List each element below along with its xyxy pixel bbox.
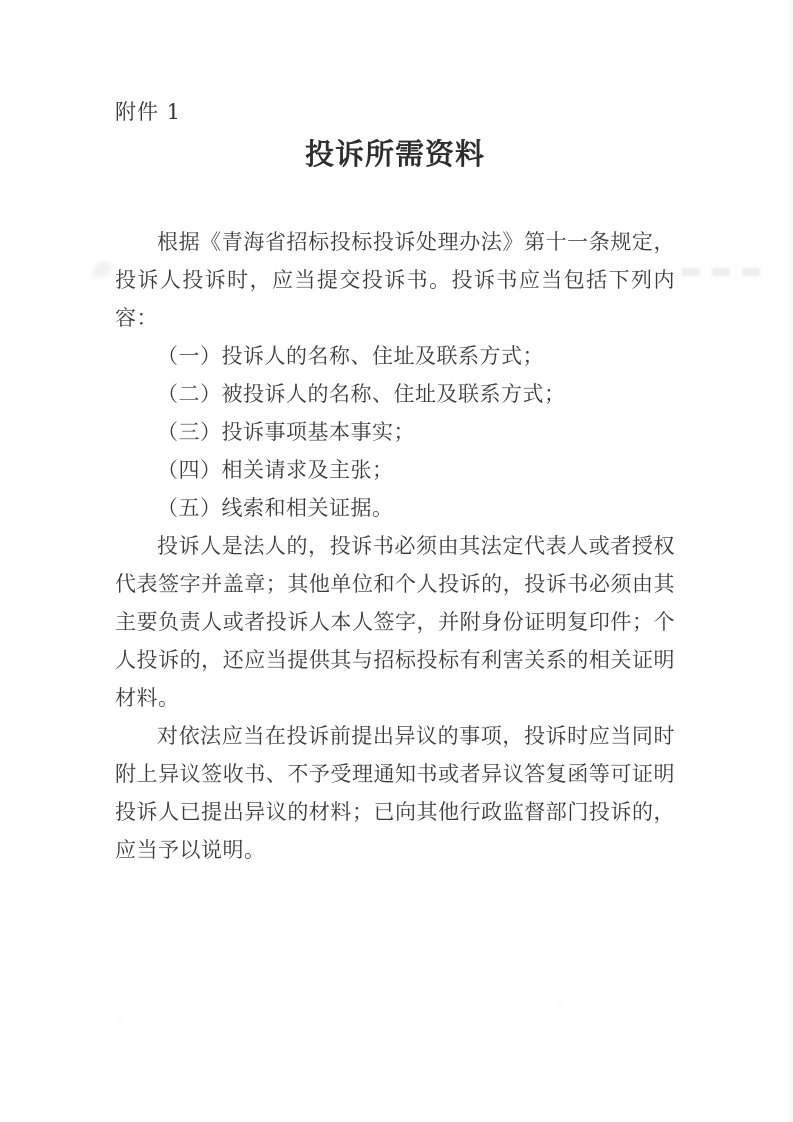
scanned-document-page: 附件 1 投诉所需资料 根据《青海省招标投标投诉处理办法》第十一条规定，投诉人投… bbox=[0, 0, 793, 1122]
list-item-3: （三）投诉事项基本事实； bbox=[115, 413, 675, 451]
scan-noise bbox=[0, 962, 793, 1122]
scan-streak bbox=[682, 268, 768, 276]
intro-paragraph: 根据《青海省招标投标投诉处理办法》第十一条规定，投诉人投诉时，应当提交投诉书。投… bbox=[115, 223, 675, 337]
scan-smudge bbox=[90, 259, 114, 281]
document-title: 投诉所需资料 bbox=[115, 137, 675, 171]
document-body: 根据《青海省招标投标投诉处理办法》第十一条规定，投诉人投诉时，应当提交投诉书。投… bbox=[115, 223, 675, 869]
list-item-1: （一）投诉人的名称、住址及联系方式； bbox=[115, 337, 675, 375]
list-item-4: （四）相关请求及主张； bbox=[115, 451, 675, 489]
attachment-label: 附件 1 bbox=[115, 98, 675, 126]
objection-requirements-paragraph: 对依法应当在投诉前提出异议的事项，投诉时应当同时附上异议签收书、不予受理通知书或… bbox=[115, 717, 675, 869]
document-content: 附件 1 投诉所需资料 根据《青海省招标投标投诉处理办法》第十一条规定，投诉人投… bbox=[115, 98, 675, 869]
scan-edge-shadow bbox=[788, 0, 793, 1122]
signature-requirements-paragraph: 投诉人是法人的，投诉书必须由其法定代表人或者授权代表签字并盖章；其他单位和个人投… bbox=[115, 527, 675, 717]
list-item-2: （二）被投诉人的名称、住址及联系方式； bbox=[115, 375, 675, 413]
list-item-5: （五）线索和相关证据。 bbox=[115, 489, 675, 527]
